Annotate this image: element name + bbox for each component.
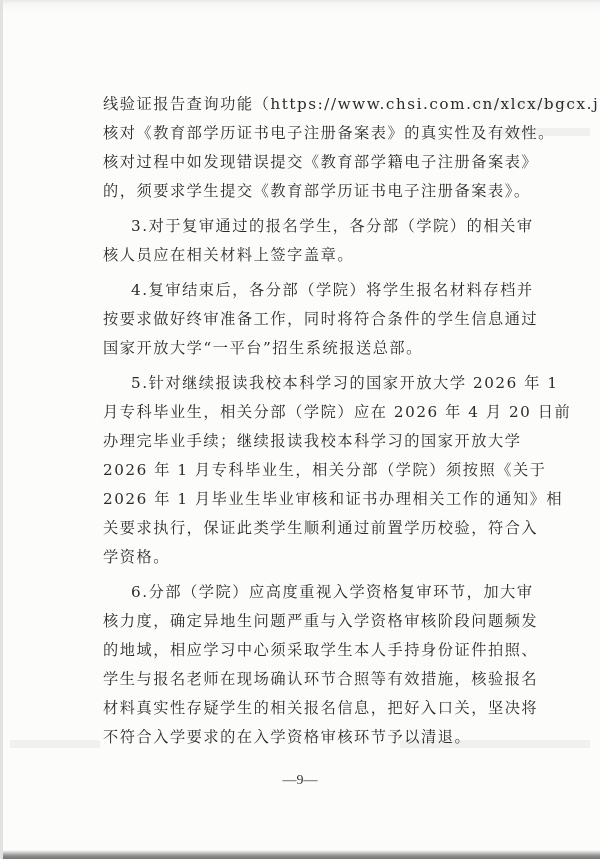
text-line: 4.复审结束后，各分部（学院）将学生报名材料存档并 xyxy=(103,276,503,305)
text-line: 办理完毕业手续；继续报读我校本科学习的国家开放大学 xyxy=(103,427,503,456)
text-line: 2026 年 1 月专科毕业生，相关分部（学院）须按照《关于 xyxy=(103,456,503,485)
paragraph-item-4: 4.复审结束后，各分部（学院）将学生报名材料存档并 按要求做好终审准备工作，同时… xyxy=(103,276,503,363)
page-edge-shadow xyxy=(0,0,3,859)
scanned-page: 线验证报告查询功能（https://www.chsi.com.cn/xlcx/b… xyxy=(0,0,600,859)
text-line: 核人员应在相关材料上签字盖章。 xyxy=(103,241,503,270)
paragraph-item-6: 6.分部（学院）应高度重视入学资格复审环节，加大审 核力度，确定异地生问题严重与… xyxy=(103,578,503,752)
text-line: 关要求执行，保证此类学生顺利通过前置学历校验，符合入 xyxy=(103,514,503,543)
text-line: 的，须要求学生提交《教育部学历证书电子注册备案表》。 xyxy=(103,177,503,206)
text-line: 国家开放大学“一平台”招生系统报送总部。 xyxy=(103,334,503,363)
bleed-through-mark xyxy=(10,740,100,748)
text-line: 学资格。 xyxy=(103,543,503,572)
text-line: 3.对于复审通过的报名学生，各分部（学院）的相关审 xyxy=(103,212,503,241)
text-line: 2026 年 1 月毕业生毕业审核和证书办理相关工作的通知》相 xyxy=(103,485,503,514)
text-line: 核力度，确定异地生问题严重与入学资格审核阶段问题频发 xyxy=(103,607,503,636)
text-line: 材料真实性存疑学生的相关报名信息，把好入口关，坚决将 xyxy=(103,694,503,723)
text-line: 5.针对继续报读我校本科学习的国家开放大学 2026 年 1 xyxy=(103,369,503,398)
page-number: —9— xyxy=(0,773,600,789)
paragraph-item-3: 3.对于复审通过的报名学生，各分部（学院）的相关审 核人员应在相关材料上签字盖章… xyxy=(103,212,503,270)
text-line: 6.分部（学院）应高度重视入学资格复审环节，加大审 xyxy=(103,578,503,607)
text-line: 核对《教育部学历证书电子注册备案表》的真实性及有效性。 xyxy=(103,119,503,148)
paragraph-item-5: 5.针对继续报读我校本科学习的国家开放大学 2026 年 1 月专科毕业生，相关… xyxy=(103,369,503,572)
text-line: 线验证报告查询功能（https://www.chsi.com.cn/xlcx/b… xyxy=(103,90,503,119)
document-body: 线验证报告查询功能（https://www.chsi.com.cn/xlcx/b… xyxy=(103,90,503,752)
text-line: 按要求做好终审准备工作，同时将符合条件的学生信息通过 xyxy=(103,305,503,334)
text-line: 的地域，相应学习中心须采取学生本人手持身份证件拍照、 xyxy=(103,636,503,665)
text-line: 不符合入学要求的在入学资格审核环节予以清退。 xyxy=(103,723,503,752)
text-line: 月专科毕业生，相关分部（学院）应在 2026 年 4 月 20 日前 xyxy=(103,398,503,427)
text-line: 核对过程中如发现错误提交《教育部学籍电子注册备案表》 xyxy=(103,148,503,177)
paragraph-continued: 线验证报告查询功能（https://www.chsi.com.cn/xlcx/b… xyxy=(103,90,503,206)
text-line: 学生与报名老师在现场确认环节合照等有效措施，核验报名 xyxy=(103,665,503,694)
